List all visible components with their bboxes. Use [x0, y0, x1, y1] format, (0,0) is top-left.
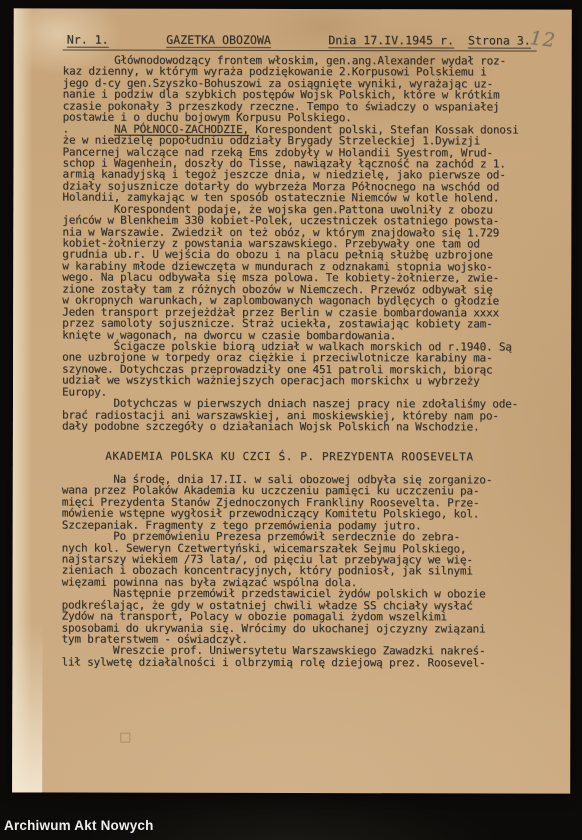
- text-line: udział we wszystkich ważniejszych operac…: [62, 375, 562, 387]
- header-spacer: [454, 33, 468, 47]
- newspaper-title: GAZETKA OBOZOWA: [166, 33, 271, 47]
- page-number: Strona 3.: [468, 33, 531, 47]
- handwritten-page-number: 12: [529, 27, 557, 52]
- page-header: Nr. 1. GAZETKA OBOZOWA Dnia 17.IV.1945 r…: [63, 33, 537, 52]
- issue-date: Dnia 17.IV.1945 r.: [328, 33, 454, 47]
- issue-number: Nr. 1.: [67, 33, 109, 47]
- text-line: lił sylwetę działalności i olbrzymią rol…: [61, 656, 561, 668]
- stamp-remnant: [120, 733, 130, 743]
- body-text: Głównodowodzący frontem włoskim, gen.ang…: [61, 55, 562, 669]
- archive-watermark: Archiwum Akt Nowych: [4, 818, 154, 833]
- paper-edge-corner: [12, 622, 42, 792]
- section-heading: AKADEMIA POLSKA KU CZCI Ś. P. PREZYDENTA…: [62, 451, 562, 463]
- document-page: Nr. 1. GAZETKA OBOZOWA Dnia 17.IV.1945 r…: [12, 8, 572, 793]
- scan-background: Nr. 1. GAZETKA OBOZOWA Dnia 17.IV.1945 r…: [0, 0, 582, 840]
- header-right: Dnia 17.IV.1945 r. Strona 3.: [328, 33, 530, 47]
